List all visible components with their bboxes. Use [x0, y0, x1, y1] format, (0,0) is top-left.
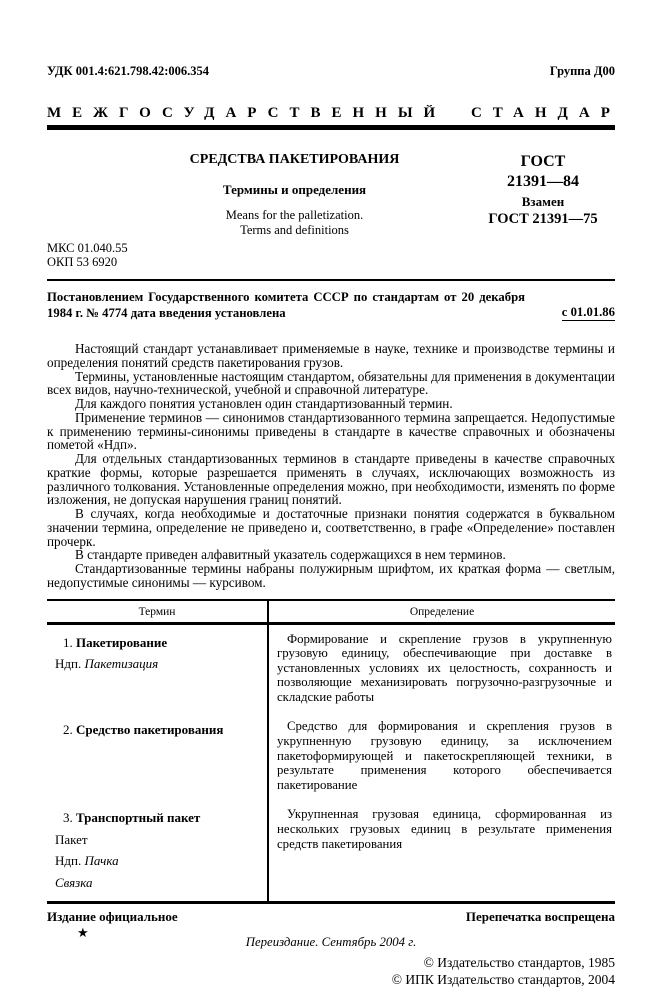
replaces-label: Взамен: [471, 192, 615, 211]
term-text-segment: Связка: [55, 875, 93, 890]
term-line: Связка: [55, 872, 263, 894]
term-line: 1. Пакетирование: [55, 632, 263, 654]
english-title: Means for the palletization. Terms and d…: [132, 208, 457, 238]
intro-paragraph: В стандарте приведен алфавитный указател…: [47, 548, 615, 562]
title-left-column: СРЕДСТВА ПАКЕТИРОВАНИЯ Термины и определ…: [47, 152, 457, 238]
document-title: СРЕДСТВА ПАКЕТИРОВАНИЯ: [132, 152, 457, 168]
introduction-text: Настоящий стандарт устанавливает применя…: [47, 342, 615, 590]
document-subtitle: Термины и определения: [132, 182, 457, 198]
intro-paragraph: Термины, установленные настоящим стандар…: [47, 370, 615, 398]
copyright-line-2004: © ИПК Издательство стандартов, 2004: [47, 972, 615, 988]
decree-text: Постановлением Государственного комитета…: [47, 290, 525, 320]
term-text-segment: 2.: [63, 722, 76, 737]
document-page: УДК 001.4:621.798.42:006.354 Группа Д00 …: [0, 0, 661, 988]
term-text-segment: Средство пакетирования: [76, 722, 223, 737]
term-line: 2. Средство пакетирования: [55, 719, 263, 741]
replaced-standard-number: ГОСТ 21391—75: [471, 211, 615, 228]
gost-label: ГОСТ: [471, 152, 615, 172]
decree-rule: [47, 279, 615, 281]
title-block: СРЕДСТВА ПАКЕТИРОВАНИЯ Термины и определ…: [47, 152, 615, 238]
definition-cell: Средство для формирования и скрепления г…: [269, 712, 615, 800]
mks-code: МКС 01.040.55: [47, 242, 615, 256]
term-line: Ндп. Пакетизация: [55, 653, 263, 675]
english-title-line2: Terms and definitions: [132, 223, 457, 238]
term-text-segment: Пакет: [55, 832, 88, 847]
term-line: 3. Транспортный пакет: [55, 807, 263, 829]
intro-paragraph: Применение терминов — синонимов стандарт…: [47, 411, 615, 452]
effective-date: с 01.01.86: [562, 304, 615, 321]
decree-paragraph: Постановлением Государственного комитета…: [47, 289, 615, 321]
table-header-definition: Определение: [269, 601, 615, 625]
classification-codes: МКС 01.040.55 ОКП 53 6920: [47, 242, 615, 269]
okp-code: ОКП 53 6920: [47, 256, 615, 270]
footer-row: Издание официальное Перепечатка воспреще…: [47, 909, 615, 925]
term-text-segment: Пачка: [84, 853, 118, 868]
term-text-segment: Пакетизация: [84, 656, 158, 671]
definition-cell: Укрупненная грузовая единица, сформирова…: [269, 800, 615, 901]
udk-number: УДК 001.4:621.798.42:006.354: [47, 64, 209, 79]
term-text-segment: Транспортный пакет: [76, 810, 200, 825]
terms-table: Термин Определение 1. ПакетированиеНдп. …: [47, 599, 615, 905]
standard-type-heading: МЕЖГОСУДАРСТВЕННЫЙ СТАНДАРТ: [47, 105, 615, 122]
table-header-term: Термин: [47, 601, 269, 625]
definition-cell: Формирование и скрепление грузов в укруп…: [269, 625, 615, 713]
term-text-segment: 1.: [63, 635, 76, 650]
reissue-note: Переиздание. Сентябрь 2004 г.: [47, 935, 615, 950]
official-edition-label: Издание официальное: [47, 909, 178, 925]
intro-paragraph: Для отдельных стандартизованных терминов…: [47, 452, 615, 507]
term-cell: 1. ПакетированиеНдп. Пакетизация: [47, 625, 269, 713]
term-cell: 2. Средство пакетирования: [47, 712, 269, 800]
gost-designation-block: ГОСТ 21391—84 Взамен ГОСТ 21391—75: [457, 152, 615, 238]
term-cell: 3. Транспортный пакетПакетНдп. ПачкаСвяз…: [47, 800, 269, 901]
term-text-segment: Пакетирование: [76, 635, 167, 650]
english-title-line1: Means for the palletization.: [132, 208, 457, 223]
term-text-segment: Ндп.: [55, 853, 84, 868]
term-text-segment: Ндп.: [55, 656, 84, 671]
intro-paragraph: Настоящий стандарт устанавливает применя…: [47, 342, 615, 370]
meta-row: УДК 001.4:621.798.42:006.354 Группа Д00: [47, 64, 615, 79]
copyright-line-1985: © Издательство стандартов, 1985: [47, 955, 615, 972]
header-rule: [47, 125, 615, 130]
gost-number: 21391—84: [471, 172, 615, 192]
term-text-segment: 3.: [63, 810, 76, 825]
intro-paragraph: Для каждого понятия установлен один стан…: [47, 397, 615, 411]
term-line: Пакет: [55, 829, 263, 851]
copyright-block: © Издательство стандартов, 1985 © ИПК Из…: [47, 955, 615, 988]
reprint-forbidden-label: Перепечатка воспрещена: [466, 909, 615, 925]
intro-paragraph: В случаях, когда необходимые и достаточн…: [47, 507, 615, 548]
intro-paragraph: Стандартизованные термины набраны полужи…: [47, 562, 615, 590]
group-code: Группа Д00: [550, 64, 615, 79]
term-line: Ндп. Пачка: [55, 850, 263, 872]
